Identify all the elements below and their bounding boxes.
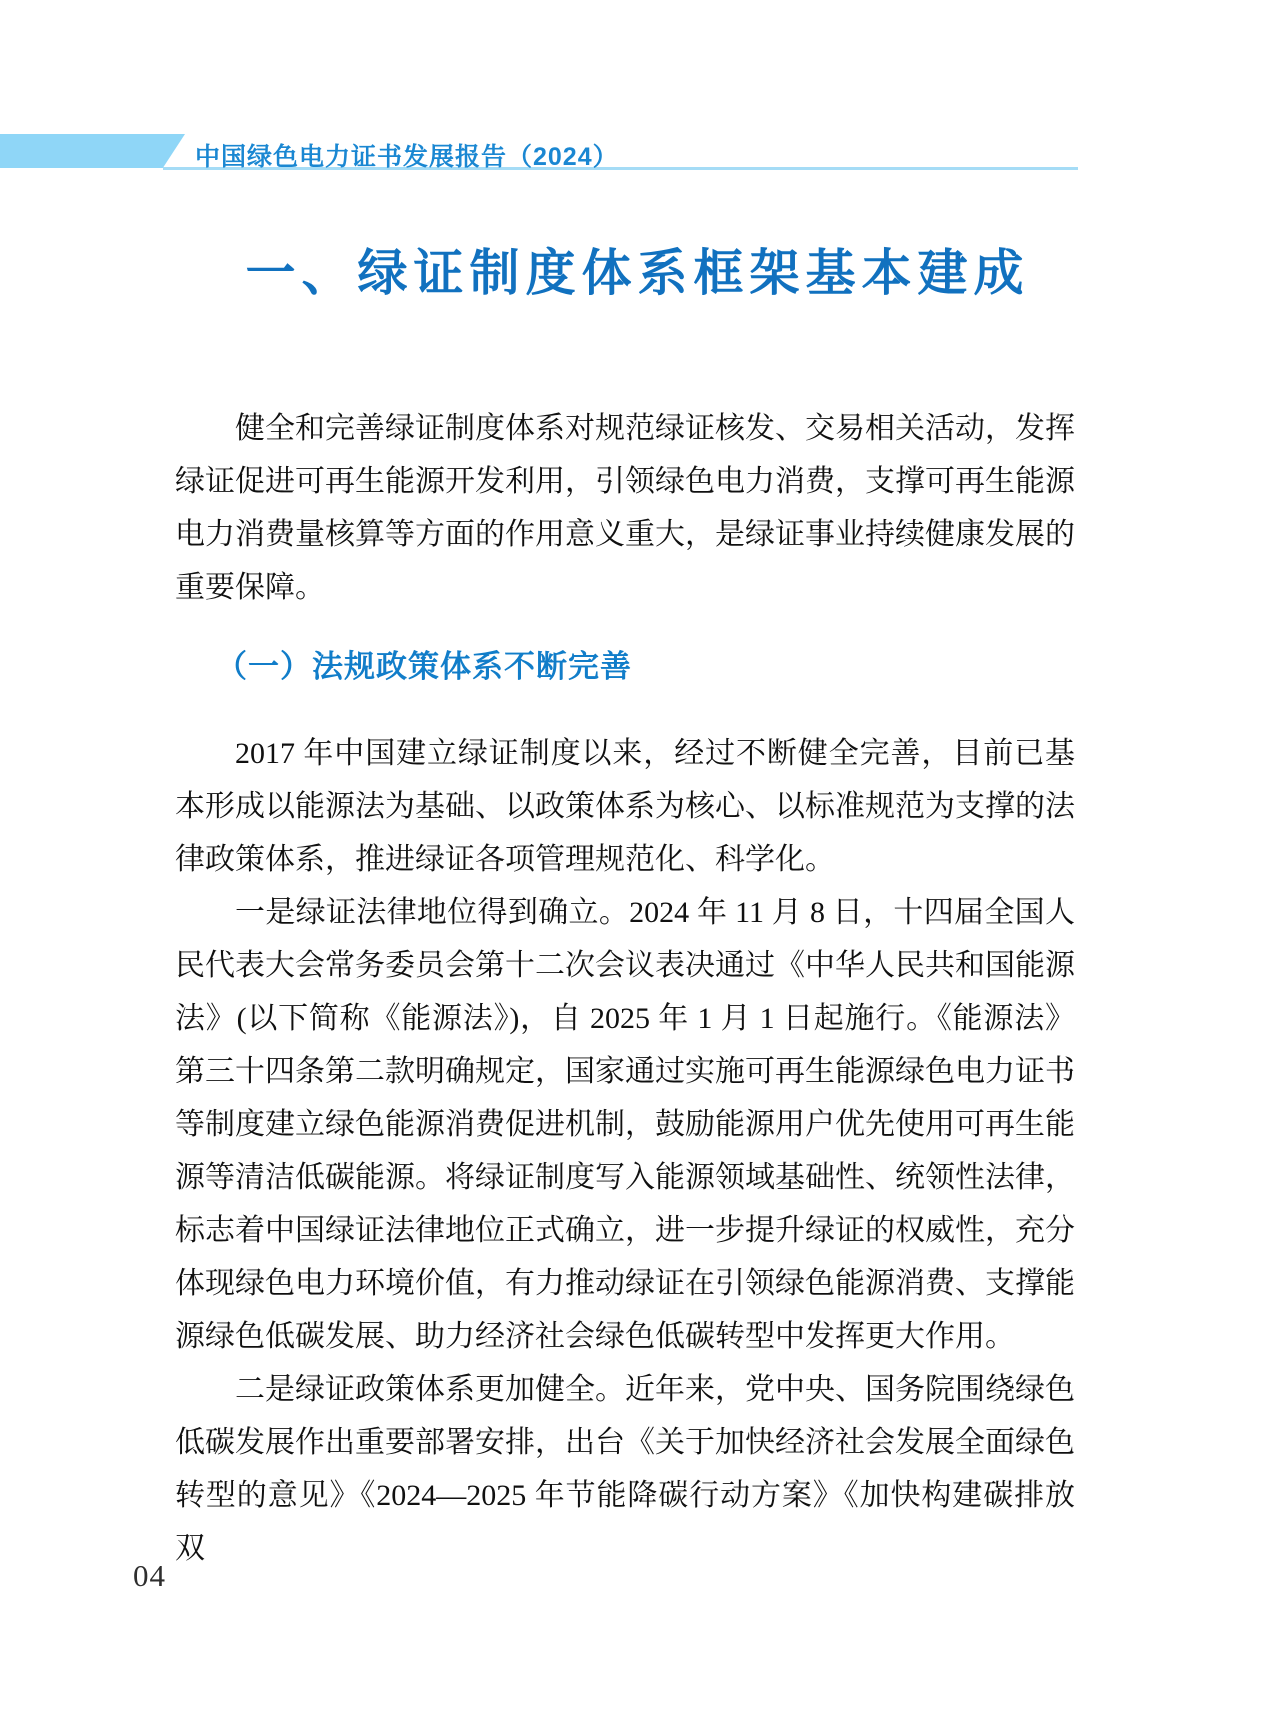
header-accent-shape <box>0 134 185 168</box>
subsection-title: （一）法规政策体系不断完善 <box>216 648 632 686</box>
report-page: 中国绿色电力证书发展报告（2024） 一、绿证制度体系框架基本建成 健全和完善绿… <box>0 0 1275 1718</box>
section-title: 一、绿证制度体系框架基本建成 <box>0 246 1275 300</box>
body-paragraph: 2017 年中国建立绿证制度以来，经过不断健全完善，目前已基本形成以能源法为基础… <box>175 727 1075 886</box>
page-number: 04 <box>133 1558 166 1594</box>
subsection-paragraphs: 2017 年中国建立绿证制度以来，经过不断健全完善，目前已基本形成以能源法为基础… <box>175 727 1075 1575</box>
running-header-title: 中国绿色电力证书发展报告（2024） <box>195 137 619 173</box>
body-paragraph: 二是绿证政策体系更加健全。近年来，党中央、国务院围绕绿色低碳发展作出重要部署安排… <box>175 1363 1075 1575</box>
intro-paragraph: 健全和完善绿证制度体系对规范绿证核发、交易相关活动，发挥绿证促进可再生能源开发利… <box>175 402 1075 614</box>
body-paragraph: 一是绿证法律地位得到确立。2024 年 11 月 8 日，十四届全国人民代表大会… <box>175 886 1075 1363</box>
intro-block: 健全和完善绿证制度体系对规范绿证核发、交易相关活动，发挥绿证促进可再生能源开发利… <box>175 402 1075 614</box>
